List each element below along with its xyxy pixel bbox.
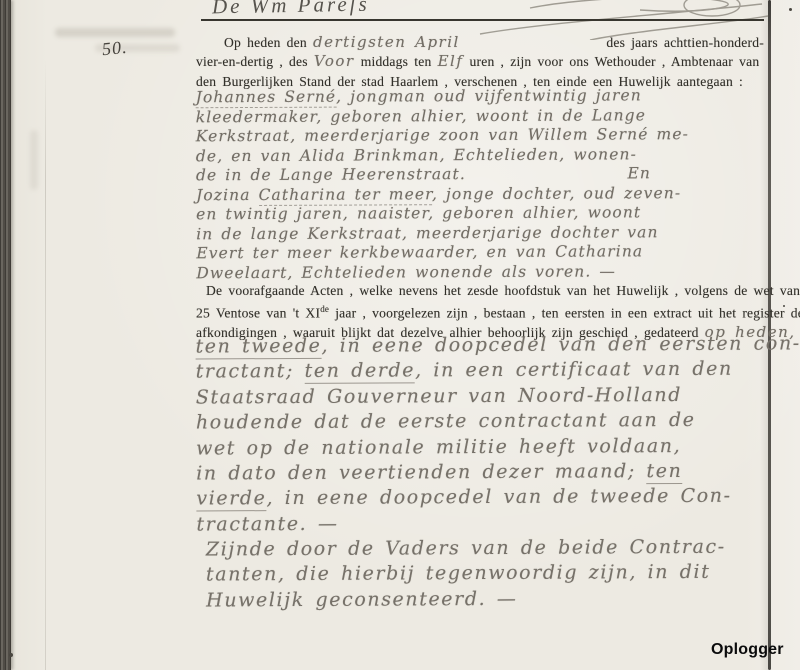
handwritten-consent-block: Zijnde door de Vaders van de beide Contr… [196, 534, 776, 613]
hw-line: houdende dat de eerste contractant aan d… [196, 408, 766, 436]
bleedthrough-smudge [55, 28, 175, 37]
item-ten-derde: ten derde [305, 360, 416, 385]
document-scan-page: 50. De Wm Pareſs Op heden den dertigsten… [0, 0, 800, 670]
bride-name: Catharina ter meer [259, 185, 432, 206]
hw-line: wet op de nationale militie heeft voldaa… [196, 433, 766, 461]
hw-line: Staatsraad Gouverneur van Noord-Holland [196, 382, 766, 410]
hw-text: tractant; [196, 360, 305, 383]
hw-text: Jozina [196, 185, 259, 203]
hw-text: in dato den veertienden dezer maand; [196, 460, 646, 484]
opening-line-2: vier-en-dertig , des Voor middags ten El… [196, 52, 766, 71]
hw-line: Dweelaart, Echtelieden wonende als voren… [196, 261, 766, 283]
hw-text: , in eene doopcedel van den eersten con- [321, 332, 800, 357]
hw-line: vierde, in eene doopcedel van de tweede … [196, 484, 766, 512]
act-number: 50. [101, 37, 129, 61]
groom-name: Johannes Serné [196, 88, 337, 109]
hw-text: de in de Lange Heerenstraat. [196, 165, 466, 184]
hw-line: Huwelijk geconsenteerd. — [206, 585, 776, 613]
printed-text: vier-en-dertig , des [196, 54, 308, 69]
printed-text: jaar , voorgelezen zijn , bestaan , ten … [329, 306, 800, 321]
handwritten-documents-block: ten tweede, in eene doopcedel van den ee… [195, 332, 766, 538]
printed-text: middags ten [361, 54, 432, 69]
printed-text: Op heden den [224, 35, 307, 50]
acts-line-1: De voorafgaande Acten , welke nevens het… [196, 281, 766, 300]
hw-line: Johannes Serné, jongman oud vijfentwinti… [196, 86, 766, 108]
item-ten-vierde-a: ten [646, 460, 682, 484]
hw-line: Evert ter meer kerkbewaarder, en van Cat… [196, 242, 766, 264]
hw-line: tractant; ten derde, in een certificaat … [196, 357, 766, 385]
acts-line-2: 25 Ventose van 't XIde jaar , voorgeleze… [196, 300, 766, 323]
hw-line: in de lange Kerkstraat, meerderjarige do… [196, 222, 766, 244]
hw-text: , in een certificaat van den [415, 358, 733, 382]
handwritten-hour: Elf [438, 52, 464, 70]
hw-line: tanten, die hierbij tegenwoordig zijn, i… [206, 560, 776, 588]
printed-text: des jaars achttien-honderd- [606, 33, 764, 52]
handwritten-daypart: Voor [314, 52, 355, 70]
handwritten-parties-block: Johannes Serné, jongman oud vijfentwinti… [196, 86, 767, 283]
superscript-ordinal: de [320, 304, 329, 314]
header-rule [201, 19, 764, 21]
hw-line: in dato den veertienden dezer maand; ten [196, 459, 766, 487]
hw-text: , in eene doopcedel van de tweede Con- [266, 485, 731, 509]
item-ten-tweede: ten tweede [195, 335, 321, 360]
hw-line: de, en van Alida Brinkman, Echtelieden, … [196, 144, 766, 166]
connector-word: En [627, 164, 651, 184]
hw-line: ten tweede, in eene doopcedel van den ee… [195, 332, 765, 360]
hw-text: , jongman oud vijfentwintig jaren [336, 86, 642, 105]
printed-opening-paragraph: Op heden den dertigsten April des jaars … [196, 33, 766, 91]
margin-rule-line [45, 60, 46, 670]
hw-line: tractante. — [196, 509, 766, 537]
hw-line: Zijnde door de Vaders van de beide Contr… [206, 534, 776, 562]
printed-text: 25 Ventose van 't XI [196, 306, 320, 321]
hw-line: Kerkstraat, meerderjarige zoon van Wille… [196, 125, 766, 147]
opening-line-1: Op heden den dertigsten April des jaars … [196, 33, 766, 52]
hw-line: Jozina Catharina ter meer, jonge dochter… [196, 183, 766, 205]
hw-line: en twintig jaren, naaister, geboren alhi… [196, 203, 766, 225]
header-inscription: De Wm Pareſs [212, 0, 370, 19]
paper-speck [9, 653, 13, 657]
hw-line: kleedermaker, geboren alhier, woont in d… [196, 105, 766, 127]
hw-line: de in de Lange Heerenstraat.En [196, 164, 766, 186]
bleedthrough-smudge [30, 130, 38, 190]
item-ten-vierde-b: vierde [196, 488, 266, 512]
book-binding-strip [0, 0, 11, 670]
printed-text: uren , zijn voor ons Wethouder , Ambtena… [470, 54, 760, 69]
oplogger-watermark: Oplogger [711, 641, 784, 659]
handwritten-date: dertigsten April [313, 33, 460, 51]
hw-text: , jonge dochter, oud zeven- [432, 184, 681, 203]
paper-speck [789, 8, 792, 11]
